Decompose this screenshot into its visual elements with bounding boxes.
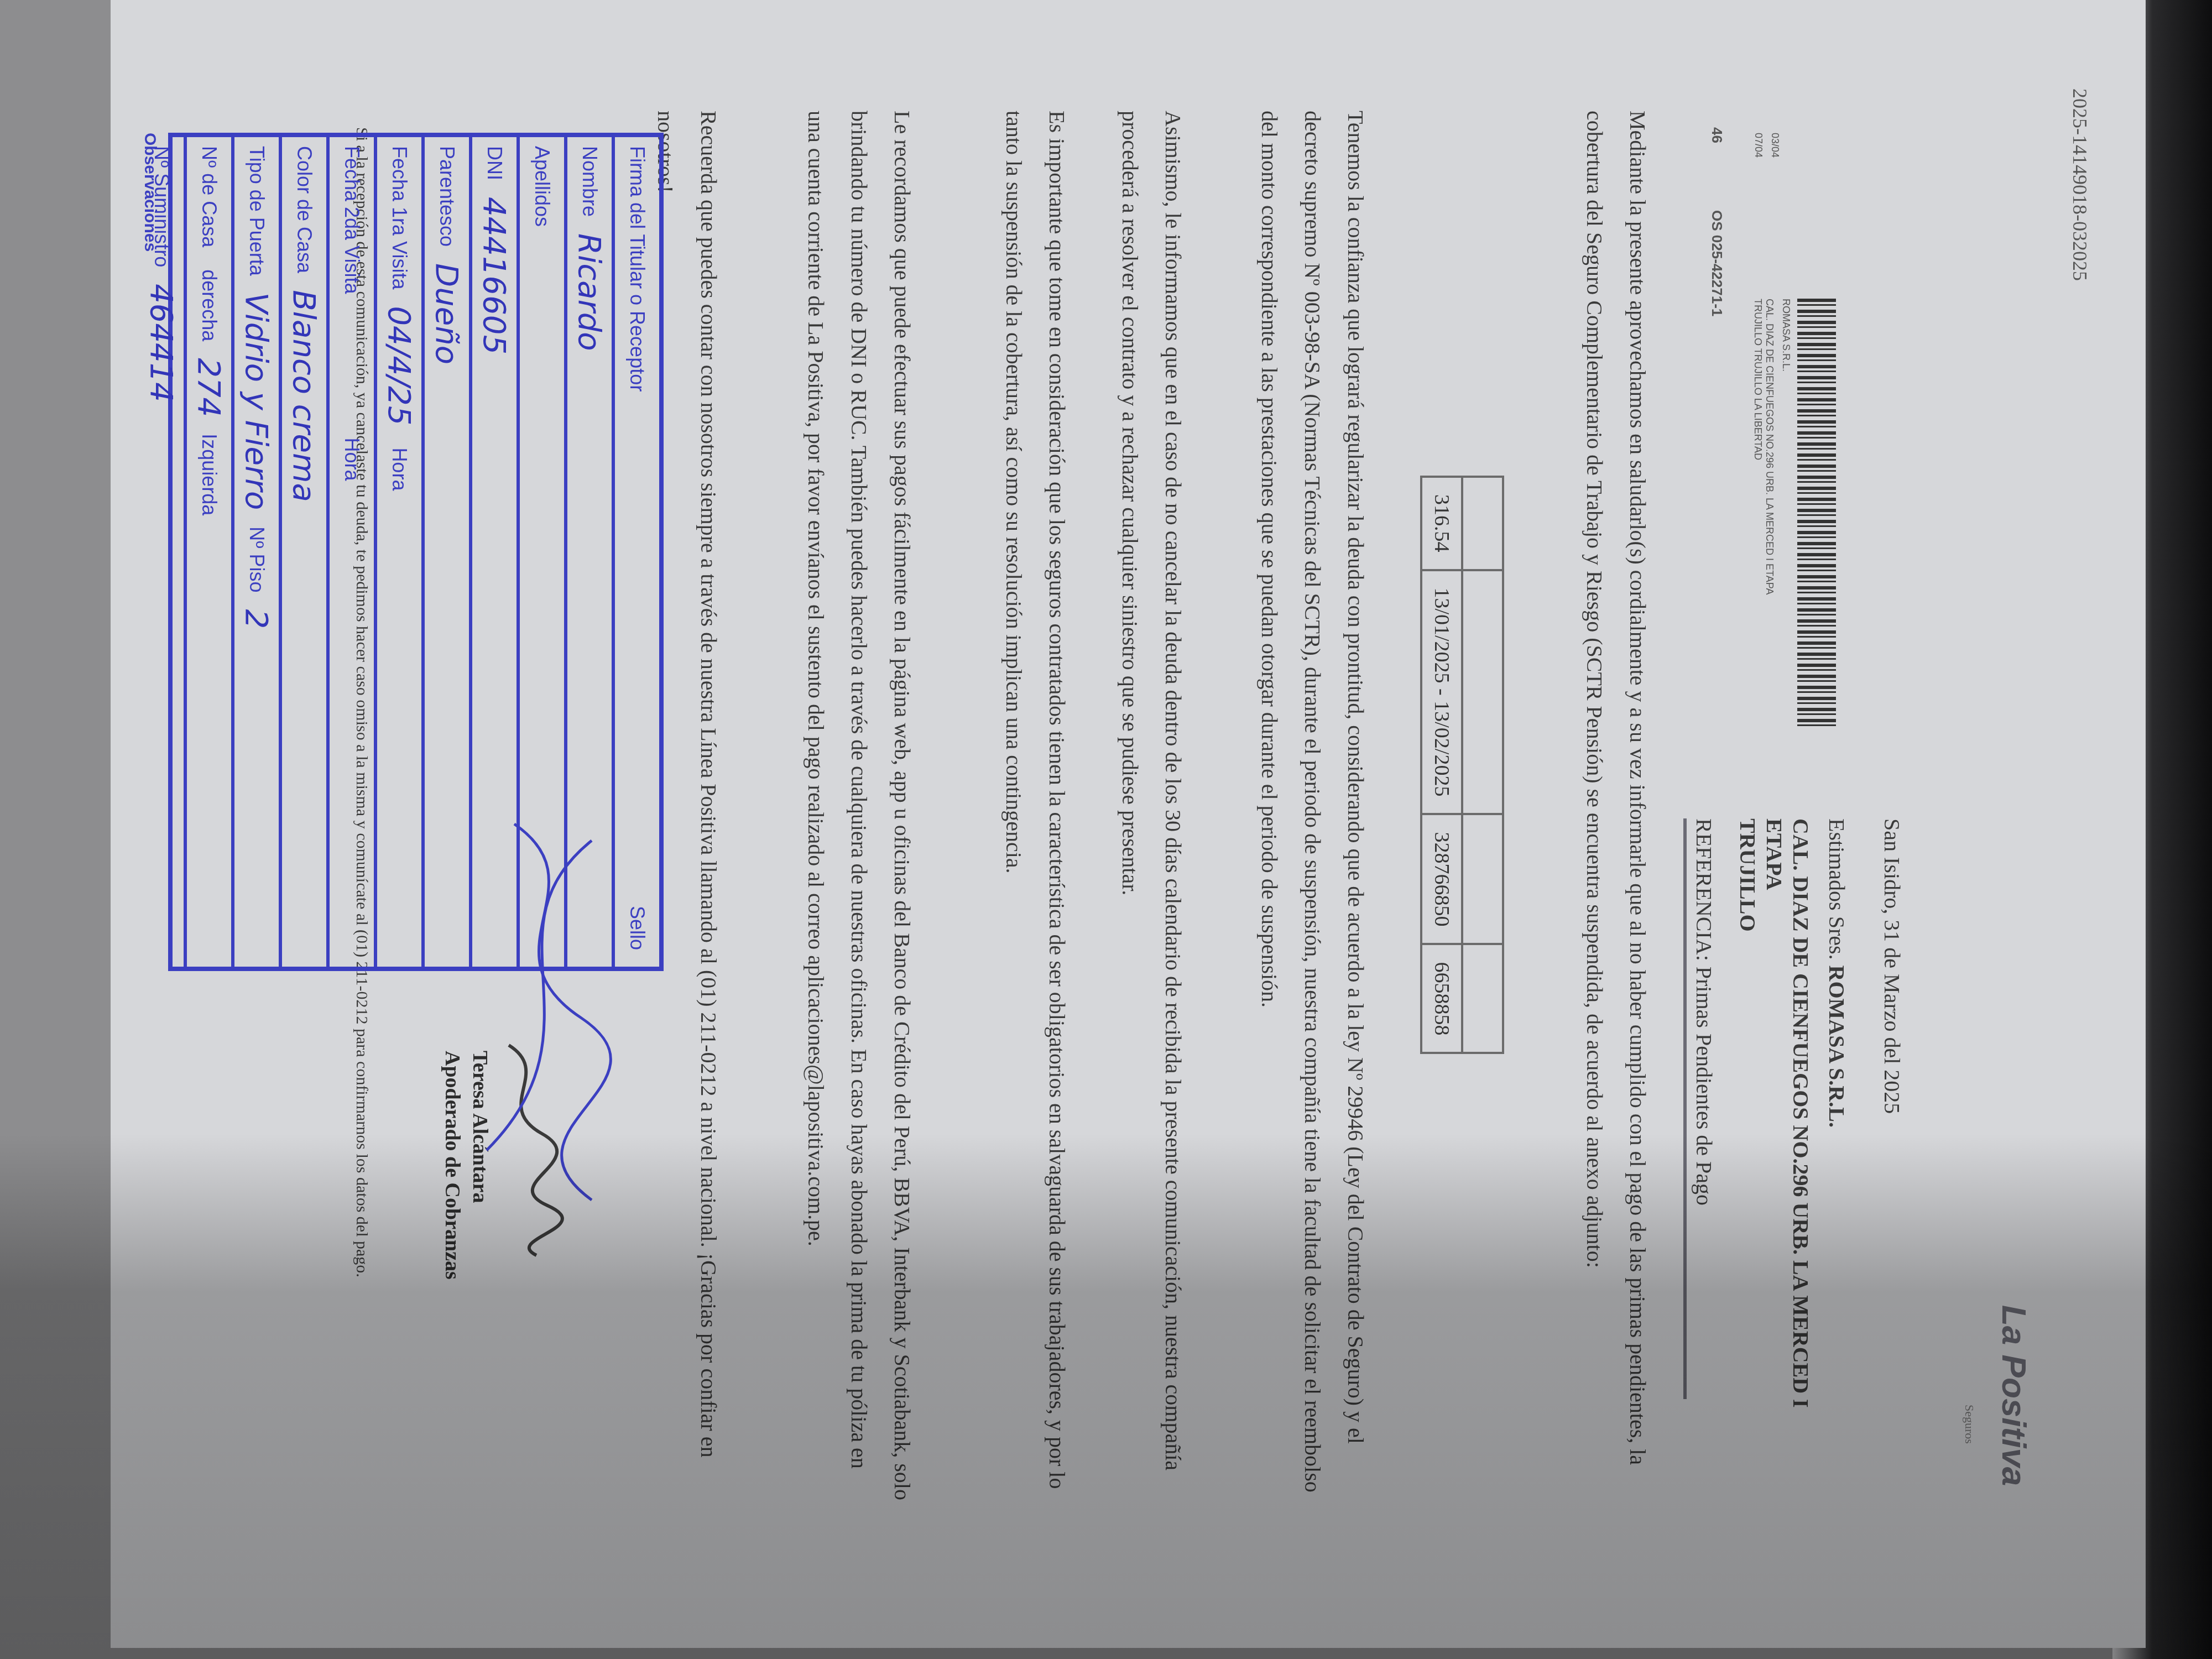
date-line: San Isidro, 31 de Marzo del 2025 (1870, 818, 1913, 1114)
npiso-label: Nº Piso (245, 526, 268, 592)
observaciones-label: Observaciones (128, 133, 171, 252)
table-header-row (1462, 477, 1503, 1053)
sello-label: Sello (625, 906, 649, 950)
recipient-name: ROMASA S.R.L. (1824, 966, 1849, 1128)
reference-line: REFERENCIA: Primas Pendientes de Pago (1682, 818, 1725, 1206)
reference-label: REFERENCIA: (1692, 818, 1717, 961)
npiso-value: 2 (239, 609, 275, 629)
fecha1-value: 04/4/25 (382, 306, 418, 425)
cell-policy: 316.54 (1421, 477, 1462, 570)
mailing-code: OS 025-42271-1 (1708, 210, 1725, 316)
stamp-field-ncasa: Nº de Casaderecha274Izquierda (184, 137, 231, 967)
paragraph-4: Le recordamos que puede efectuar sus pag… (794, 111, 924, 1504)
ncasa-value: 274 (191, 358, 227, 417)
stamp-field-color: Color de CasaBlanco crema (279, 137, 326, 967)
company-logo: La Positiva (1992, 1305, 2035, 1486)
paragraph-2: Asimismo, le informamos que en el caso d… (1108, 111, 1194, 1504)
mailing-fv: 07/04 (1752, 133, 1764, 158)
mailing-address: CAL. DIAZ DE CIENFUEGOS NO.296 URB. LA M… (1752, 299, 1775, 630)
suministro-value: 464414 (144, 284, 180, 402)
cell-period: 13/01/2025 - 13/02/2025 (1421, 570, 1462, 815)
paragraph-1: Tenemos la confianza que logrará regular… (1248, 111, 1377, 1504)
stamp-field-fecha1: Fecha 1ra Visita04/4/25Hora (374, 137, 421, 967)
table-row: 316.54 13/01/2025 - 13/02/2025 328766850… (1421, 477, 1462, 1053)
address-line-2: TRUJILLO (1734, 818, 1761, 1482)
stamp-field-suministro: Nº Suministro464414 (139, 137, 184, 967)
reference-text: Primas Pendientes de Pago (1692, 967, 1717, 1206)
hora-label-2: Hora (340, 438, 363, 481)
izquierda-label: Izquierda (197, 434, 221, 515)
mailing-fa: 03/04 (1769, 133, 1781, 158)
reference-rule (1683, 818, 1687, 1399)
address: CAL. DIAZ DE CIENFUEGOS NO.296 URB. LA M… (1734, 818, 1814, 1482)
debt-table: 316.54 13/01/2025 - 13/02/2025 328766850… (1420, 476, 1504, 1054)
reference-code: 2025-14149018-032025 (2058, 88, 2101, 281)
dni-value: 44416605 (477, 197, 513, 354)
stamp-field-puerta: Tipo de PuertaVidrio y FierroNº Piso2 (231, 137, 279, 967)
company-logo-sub: Seguros (1948, 1405, 1991, 1444)
paragraph-3: Es importante que tome en consideración … (992, 111, 1078, 1504)
letter-page: 2025-14149018-032025 La Positiva Seguros… (111, 0, 2146, 1648)
greeting-prefix: Estimados Sres. (1824, 818, 1849, 960)
parentesco-value: Dueño (429, 263, 465, 364)
mailing-name: ROMASA S.R.L. (1780, 299, 1792, 372)
derecha-label: derecha (197, 269, 221, 341)
greeting: Estimados Sres. ROMASA S.R.L. (1815, 818, 1858, 1128)
signature-receiver (459, 818, 625, 1206)
mailing-count: 46 (1708, 127, 1725, 143)
intro-paragraph: Mediante la presente aprovechamos en sal… (1573, 111, 1659, 1504)
cell-amount: 6658858 (1421, 944, 1462, 1053)
address-line-1: CAL. DIAZ DE CIENFUEGOS NO.296 URB. LA M… (1761, 818, 1814, 1482)
hora-label-1: Hora (388, 447, 411, 491)
color-value: Blanco crema (286, 290, 322, 502)
nombre-value: Ricardo (572, 233, 608, 351)
stamp-field-fecha2: Fecha 2da VisitaHora (326, 137, 374, 967)
cell-document: 328766850 (1421, 814, 1462, 944)
barcode (1797, 299, 1836, 730)
puerta-value: Vidrio y Fierro (239, 293, 275, 510)
